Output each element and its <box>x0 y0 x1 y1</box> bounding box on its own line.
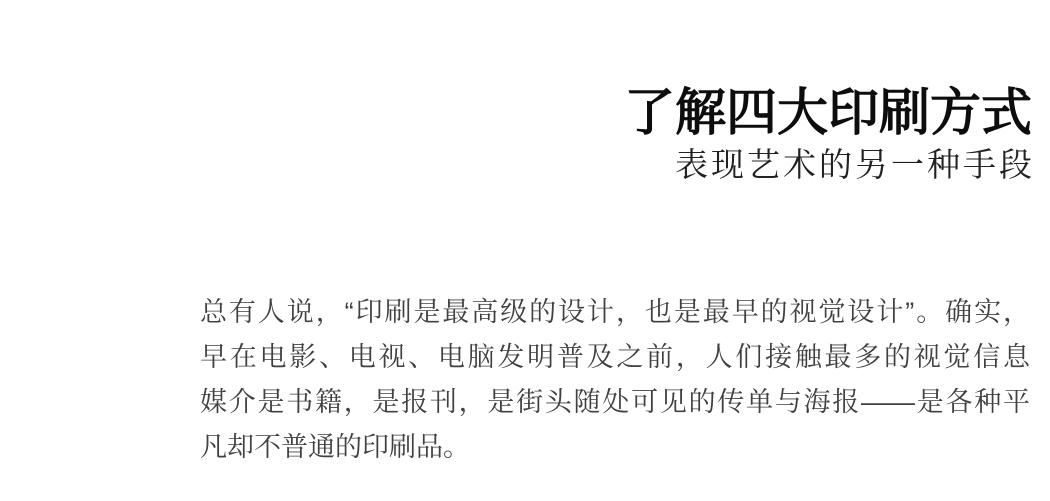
paragraph-line-4: 凡却不普通的印刷品。 <box>200 425 1030 470</box>
paragraph-line-3: 媒介是书籍，是报刊，是街头随处可见的传单与海报——是各种平 <box>200 380 1030 425</box>
paragraph-line-2: 早在电影、电视、电脑发明普及之前，人们接触最多的视觉信息 <box>200 335 1030 380</box>
article-page: 了解四大印刷方式 表现艺术的另一种手段 总有人说，“印刷是最高级的设计，也是最早… <box>0 0 1050 501</box>
page-title: 了解四大印刷方式 <box>624 84 1032 142</box>
article-header: 了解四大印刷方式 表现艺术的另一种手段 <box>624 84 1032 184</box>
article-body: 总有人说，“印刷是最高级的设计，也是最早的视觉设计”。确实， 早在电影、电视、电… <box>200 290 1030 470</box>
page-subtitle: 表现艺术的另一种手段 <box>624 146 1035 184</box>
paragraph-line-1: 总有人说，“印刷是最高级的设计，也是最早的视觉设计”。确实， <box>200 290 1030 335</box>
